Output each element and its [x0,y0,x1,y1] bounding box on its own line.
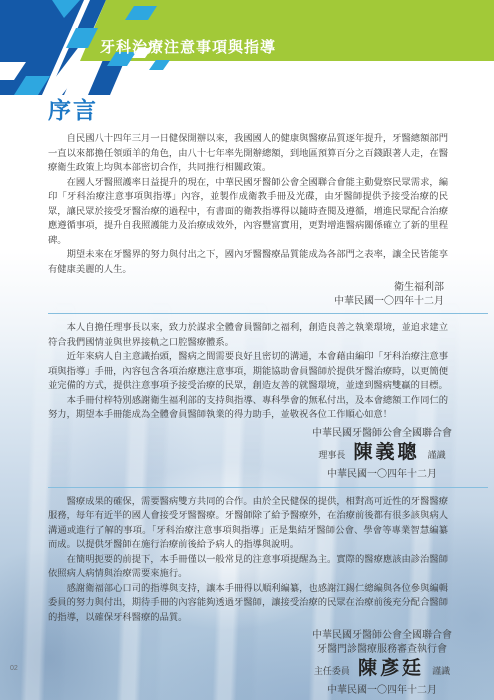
paragraph: 自民國八十四年三月一日健保開辦以來，我國國人的健康與醫療品質逐年提升，牙醫總額部… [48,132,448,176]
signature-block-mohw: 衛生福利部 中華民國一〇四年十二月 [48,281,448,308]
paragraph: 本手冊付梓特別感謝衛生福利部的支持與指導、專科學會的無私付出，及本會總額工作同仁… [48,394,448,423]
section-divider [48,313,488,314]
document-title: 牙科治療注意事項與指導 [100,36,276,57]
signature-suffix: 謹識 [432,667,450,677]
paragraph: 醫療成果的確保，需要醫病雙方共同的合作。由於全民健保的提供，相對高可近性的牙醫醫… [48,495,448,553]
signature-organization: 牙醫門診醫療服務審查執行會 [282,643,482,657]
signature-name: 陳彥廷 [355,657,427,679]
signature-name: 陳義聰 [350,441,422,463]
signature-organization: 中華民國牙醫師公會全國聯合會 [282,427,482,441]
paragraph: 在國人牙醫照護率日益提升的現在，中華民國牙醫師公會全國聯合會能主動覺察民眾需求，… [48,176,448,249]
page-header-banner: 牙科治療注意事項與指導 [0,0,494,100]
page-number: 02 [10,665,18,672]
paragraph: 感謝衛福部心口司的指導與支持，讓本手冊得以順利編纂，也感謝江錫仁總編與各位參與編… [48,582,448,626]
signature-date: 中華民國一〇四年十二月 [48,295,444,309]
signature-organization: 中華民國牙醫師公會全國聯合會 [282,629,482,643]
signature-block-committee: 中華民國牙醫師公會全國聯合會 牙醫門診醫療服務審查執行會 主任委員 陳彥廷 謹識… [282,629,482,698]
signature-organization: 衛生福利部 [48,281,444,295]
signature-name-row: 主任委員 陳彥廷 謹識 [282,656,482,684]
section-divider [48,487,488,488]
signature-suffix: 謹識 [428,451,446,461]
signature-role: 主任委員 [314,667,350,677]
signature-role: 理事長 [318,451,345,461]
preface-section-president: 本人自擔任理事長以來，致力於謀求全體會員醫師之福利，創造良善之執業環境，並追求建… [48,321,448,482]
paragraph: 期望未來在牙醫界的努力與付出之下，國內牙醫醫療品質能成為各部門之表率，讓全民皆能… [48,248,448,277]
page-title: 序言 [48,97,448,123]
preface-section-mohw: 自民國八十四年三月一日健保開辦以來，我國國人的健康與醫療品質逐年提升，牙醫總額部… [48,132,448,308]
preface-content: 序言 自民國八十四年三月一日健保開辦以來，我國國人的健康與醫療品質逐年提升，牙醫… [0,0,494,698]
signature-block-president: 中華民國牙醫師公會全國聯合會 理事長 陳義聰 謹識 中華民國一〇四年十二月 [282,427,482,482]
paragraph: 本人自擔任理事長以來，致力於謀求全體會員醫師之福利，創造良善之執業環境，並追求建… [48,321,448,350]
signature-name-row: 理事長 陳義聰 謹識 [282,440,482,468]
signature-date: 中華民國一〇四年十二月 [282,468,482,482]
paragraph: 近年來病人自主意識抬頭，醫病之間需要良好且密切的溝通，本會藉由編印「牙科治療注意… [48,350,448,394]
preface-section-committee: 醫療成果的確保，需要醫病雙方共同的合作。由於全民健保的提供，相對高可近性的牙醫醫… [48,495,448,698]
signature-date: 中華民國一〇四年十二月 [282,684,482,698]
paragraph: 在簡明扼要的前提下，本手冊僅以一般常見的注意事項提醒為主。實際的醫療應該由診治醫… [48,553,448,582]
